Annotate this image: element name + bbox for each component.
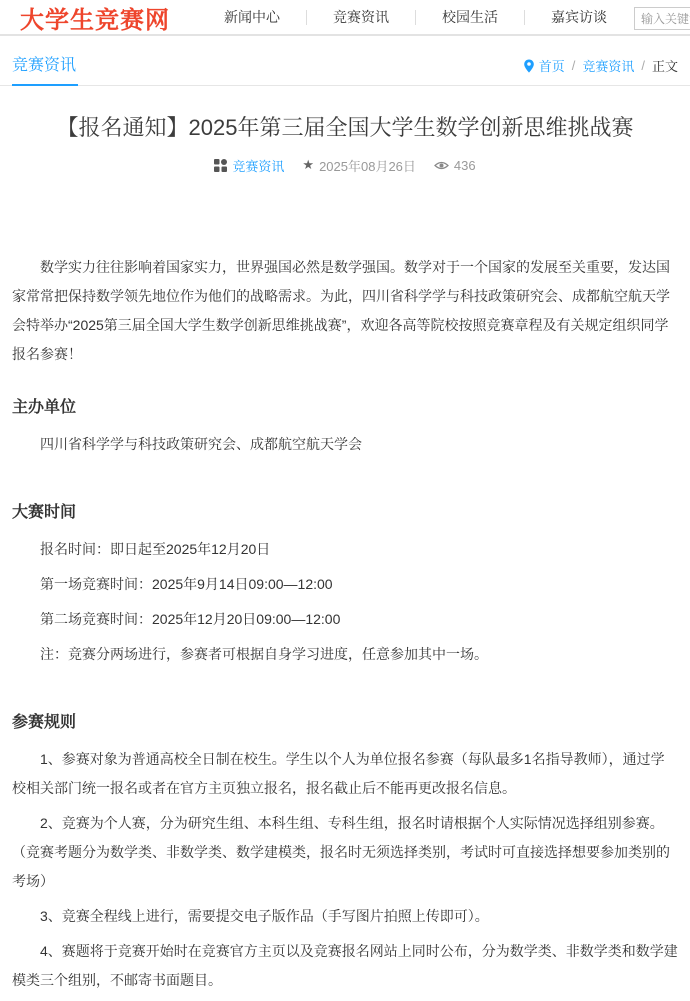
section-competition-time: 大赛时间 报名时间：即日起至2025年12月20日 第一场竞赛时间：2025年9…	[12, 501, 678, 669]
meta-views: 436	[434, 158, 476, 173]
channel-title: 竞赛资讯	[12, 36, 78, 86]
site-logo[interactable]: 大学生竞赛网	[20, 0, 170, 35]
category-grid-icon	[214, 159, 227, 172]
breadcrumb-current: 正文	[652, 56, 678, 75]
breadcrumb: 首页 / 竞赛资讯 / 正文	[523, 56, 678, 85]
channel-bar: 竞赛资讯 首页 / 竞赛资讯 / 正文	[0, 36, 690, 86]
section-paragraph: 4、赛题将于竞赛开始时在竞赛官方主页以及竞赛报名网站上同时公布，分为数学类、非数…	[12, 937, 678, 995]
section-paragraph: 报名时间：即日起至2025年12月20日	[12, 535, 678, 564]
section-heading: 大赛时间	[12, 501, 678, 525]
top-header: 大学生竞赛网 新闻中心 竞赛资讯 校园生活 嘉宾访谈	[0, 0, 690, 36]
star-icon: ★	[302, 157, 314, 173]
breadcrumb-section[interactable]: 竞赛资讯	[582, 56, 634, 75]
intro-paragraph: 数学实力往往影响着国家实力，世界强国必然是数学强国。数学对于一个国家的发展至关重…	[12, 253, 678, 369]
section-paragraph: 第一场竞赛时间：2025年9月14日09:00—12:00	[12, 570, 678, 599]
section-heading: 主办单位	[12, 396, 678, 420]
article-view-count: 436	[454, 158, 476, 173]
article-title: 【报名通知】2025年第三届全国大学生数学创新思维挑战赛	[12, 113, 678, 144]
section-paragraph: 3、竞赛全程线上进行，需要提交电子版作品（手写图片拍照上传即可）。	[12, 902, 678, 931]
section-paragraph: 四川省科学学与科技政策研究会、成都航空航天学会	[12, 430, 678, 459]
eye-icon	[434, 160, 449, 171]
search-input[interactable]	[634, 7, 690, 30]
location-pin-icon	[523, 59, 535, 73]
main-nav: 新闻中心 竞赛资讯 校园生活 嘉宾访谈	[198, 7, 633, 27]
breadcrumb-home[interactable]: 首页	[539, 56, 565, 75]
nav-item-campus-life[interactable]: 校园生活	[416, 7, 524, 27]
meta-category: 竞赛资讯	[214, 156, 284, 175]
nav-item-news[interactable]: 新闻中心	[198, 7, 306, 27]
article-meta: 竞赛资讯 ★ 2025年08月26日 436	[12, 156, 678, 175]
section-paragraph: 2、竞赛为个人赛，分为研究生组、本科生组、专科生组，报名时请根据个人实际情况选择…	[12, 809, 678, 896]
section-paragraph: 第二场竞赛时间：2025年12月20日09:00—12:00	[12, 605, 678, 634]
section-rules: 参赛规则 1、参赛对象为普通高校全日制在校生。学生以个人为单位报名参赛（每队最多…	[12, 711, 678, 995]
section-paragraph: 1、参赛对象为普通高校全日制在校生。学生以个人为单位报名参赛（每队最多1名指导教…	[12, 745, 678, 803]
meta-date: ★ 2025年08月26日	[302, 156, 416, 175]
section-heading: 参赛规则	[12, 711, 678, 735]
article-body: 数学实力往往影响着国家实力，世界强国必然是数学强国。数学对于一个国家的发展至关重…	[12, 253, 678, 995]
breadcrumb-separator: /	[572, 58, 576, 73]
section-host-unit: 主办单位 四川省科学学与科技政策研究会、成都航空航天学会	[12, 396, 678, 459]
article: 【报名通知】2025年第三届全国大学生数学创新思维挑战赛 竞赛资讯 ★ 2025…	[0, 113, 690, 995]
article-category-link[interactable]: 竞赛资讯	[232, 156, 284, 175]
section-paragraph: 注：竞赛分两场进行，参赛者可根据自身学习进度，任意参加其中一场。	[12, 640, 678, 669]
nav-item-competition-info[interactable]: 竞赛资讯	[307, 7, 415, 27]
nav-item-guest-interview[interactable]: 嘉宾访谈	[525, 7, 633, 27]
article-date: 2025年08月26日	[319, 156, 416, 175]
breadcrumb-separator: /	[641, 58, 645, 73]
